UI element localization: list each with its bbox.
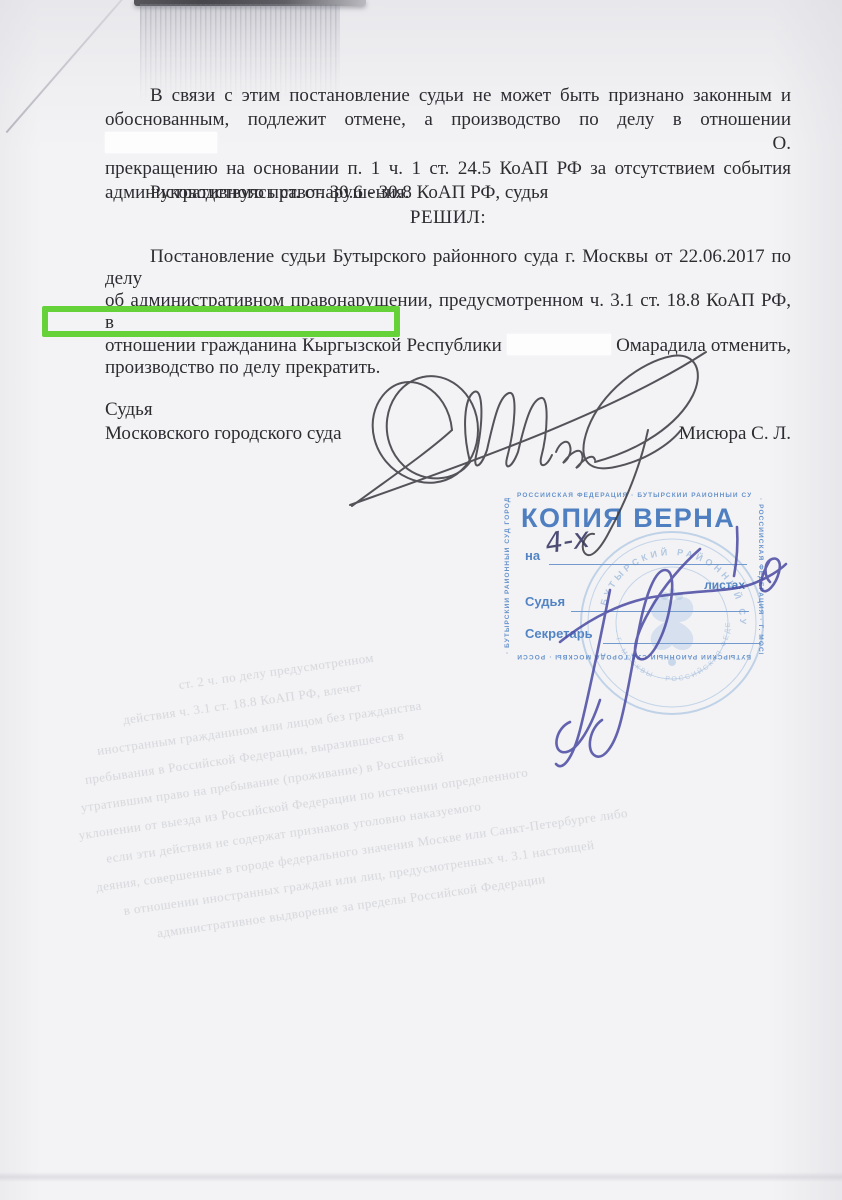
- paragraph-guided-by: Руководствуясь ст. ст. 30.6 - 30.8 КоАП …: [105, 181, 791, 205]
- seal-eagle-emblem: [651, 588, 694, 666]
- court-seal: БУТЫРСКИЙ РАЙОННЫЙ СУД · Г. МОСКВЫ · РОС…: [579, 530, 765, 716]
- redaction-box: [507, 334, 611, 355]
- highlight-box: [42, 306, 400, 337]
- stamp-field-judge: Судья: [525, 594, 565, 609]
- scanned-court-document: { "page": { "background": "#f3f3f5", "in…: [0, 0, 842, 1200]
- signature-judge-title: Судья: [105, 399, 153, 421]
- paragraph-line: отношении гражданина Кыргызской Республи…: [105, 334, 791, 357]
- paragraph-text: Омарадила отменить,: [616, 335, 791, 356]
- stamp-border-text-left: · БУТЫРСКИЙ РАЙОННЫЙ СУД ГОРОДА МОСКВЫ ·: [504, 498, 511, 654]
- paragraph-line-highlighted: производство по делу прекратить.: [105, 357, 791, 379]
- judge-name: Мисюра С. Л.: [679, 423, 791, 445]
- resolution-heading: РЕШИЛ:: [105, 207, 791, 229]
- handwritten-sheet-count: 4-х: [543, 521, 592, 561]
- paragraph-text: отношении гражданина Кыргызской Республи…: [105, 335, 502, 356]
- paragraph-line: В связи с этим постановление судьи не мо…: [105, 84, 791, 108]
- signature-court-name: Московского городского суда: [105, 423, 342, 445]
- stamp-border-text-top: РОССИЙСКАЯ ФЕДЕРАЦИЯ · БУТЫРСКИЙ РАЙОННЫ…: [517, 492, 751, 499]
- redaction-box: [105, 132, 217, 153]
- paragraph-line: Постановление судьи Бутырского районного…: [105, 246, 791, 290]
- stamp-field-sheets-on: на: [525, 548, 540, 563]
- paragraph-line: прекращению на основании п. 1 ч. 1 ст. 2…: [105, 157, 791, 181]
- paper-crease: [0, 1172, 842, 1182]
- paragraph-text: обоснованным, подлежит отмене, а произво…: [105, 109, 791, 130]
- paragraph-line: обоснованным, подлежит отмене, а произво…: [105, 108, 791, 156]
- redacted-person-initial: О.: [773, 133, 791, 154]
